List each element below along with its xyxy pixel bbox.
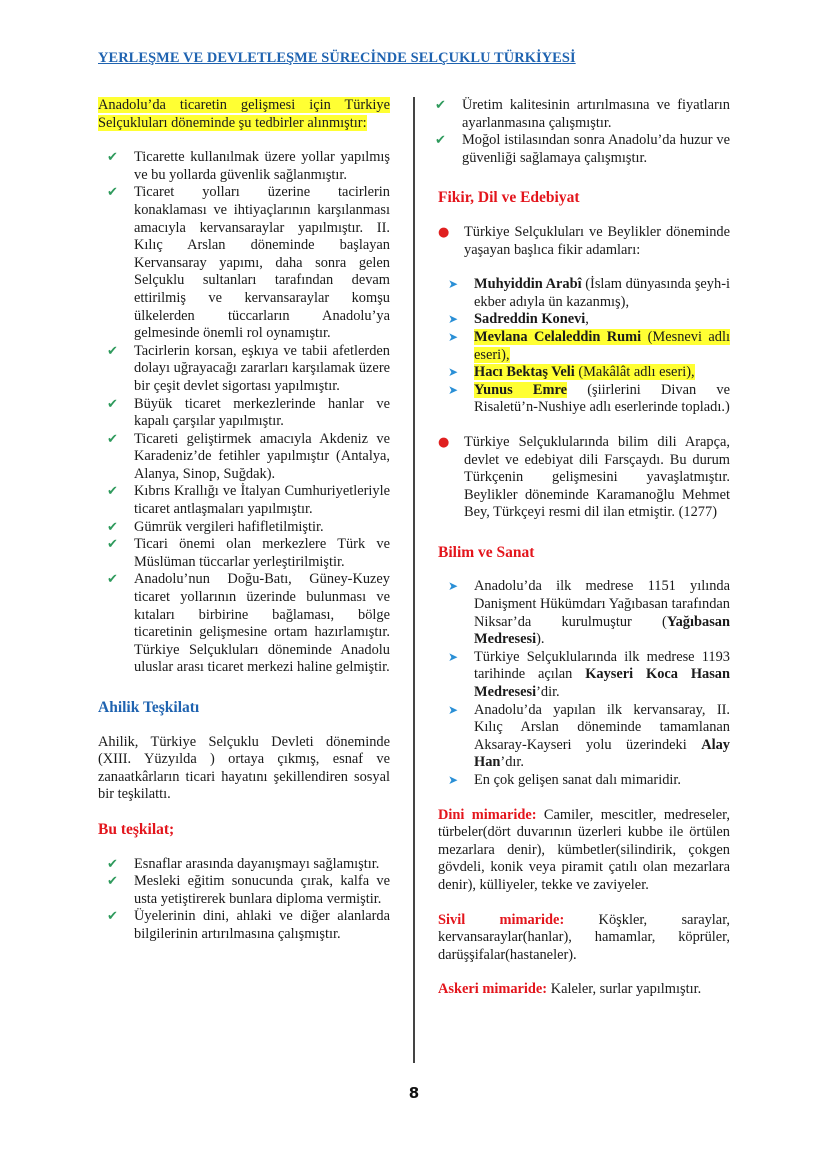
- list-item: ✔Üyelerinin dini, ahlaki ve diğer alanla…: [98, 908, 390, 943]
- list-item: ✔Ticareti geliştirmek amacıyla Akdeniz v…: [98, 431, 390, 484]
- check-icon: ✔: [107, 908, 118, 926]
- fikir-intro-list: ●Türkiye Selçukluları ve Beylikler dönem…: [438, 224, 730, 259]
- list-item: ➤Anadolu’da yapılan ilk kervansaray, II.…: [438, 702, 730, 772]
- check-icon: ✔: [435, 132, 446, 150]
- arrow-icon: ➤: [448, 329, 458, 347]
- thinker-name: Mevlana Celaleddin Rumi: [474, 329, 641, 345]
- askeri-mimari-paragraph: Askeri mimaride: Kaleler, surlar yapılmı…: [438, 981, 730, 999]
- trade-measures-list: ✔Ticarette kullanılmak üzere yollar yapı…: [98, 149, 390, 677]
- check-icon: ✔: [107, 184, 118, 202]
- trade-intro-highlight: Anadolu’da ticaretin gelişmesi için Türk…: [98, 97, 390, 131]
- list-item: ✔Gümrük vergileri hafifletilmiştir.: [98, 519, 390, 537]
- check-icon: ✔: [107, 856, 118, 874]
- list-item: ✔Büyük ticaret merkezlerinde hanlar ve k…: [98, 396, 390, 431]
- fikir-heading: Fikir, Dil ve Edebiyat: [438, 189, 730, 207]
- trade-measures-list-continued: ✔Üretim kalitesinin artırılmasına ve fiy…: [426, 97, 730, 167]
- thinkers-list: ➤Muhyiddin Arabî (İslam dünyasında şeyh-…: [438, 276, 730, 417]
- list-item: ✔Moğol istilasından sonra Anadolu’da huz…: [426, 132, 730, 167]
- trade-intro: Anadolu’da ticaretin gelişmesi için Türk…: [98, 97, 390, 132]
- list-item: ➤Muhyiddin Arabî (İslam dünyasında şeyh-…: [438, 276, 730, 311]
- thinker-name: Yunus Emre: [474, 382, 567, 398]
- thinker-name: Hacı Bektaş Veli: [474, 364, 575, 380]
- list-item: ✔Kıbrıs Krallığı ve İtalyan Cumhuriyetle…: [98, 483, 390, 518]
- bilim-heading: Bilim ve Sanat: [438, 544, 730, 562]
- check-icon: ✔: [107, 536, 118, 554]
- column-divider: [413, 97, 415, 1063]
- ahilik-paragraph: Ahilik, Türkiye Selçuklu Devleti dönemin…: [98, 734, 390, 804]
- check-icon: ✔: [107, 873, 118, 891]
- arrow-icon: ➤: [448, 276, 458, 294]
- check-icon: ✔: [107, 396, 118, 414]
- sivil-mimari-paragraph: Sivil mimaride: Köşkler, saraylar, kerva…: [438, 912, 730, 965]
- list-item: ✔Ticarette kullanılmak üzere yollar yapı…: [98, 149, 390, 184]
- dini-mimari-paragraph: Dini mimaride: Camiler, mescitler, medre…: [438, 807, 730, 895]
- list-item: ●Türkiye Selçuklularında bilim dili Arap…: [438, 434, 730, 522]
- sivil-label: Sivil mimaride:: [438, 912, 564, 928]
- list-item: ✔Esnaflar arasında dayanışmayı sağlamışt…: [98, 856, 390, 874]
- list-item: ✔Ticaret yolları üzerine tacirlerin kona…: [98, 184, 390, 342]
- askeri-label: Askeri mimaride:: [438, 981, 547, 997]
- teskilat-list: ✔Esnaflar arasında dayanışmayı sağlamışt…: [98, 856, 390, 944]
- arrow-icon: ➤: [448, 364, 458, 382]
- list-item: ●Türkiye Selçukluları ve Beylikler dönem…: [438, 224, 730, 259]
- arrow-icon: ➤: [448, 578, 458, 596]
- check-icon: ✔: [107, 519, 118, 537]
- list-item: ➤Anadolu’da ilk medrese 1151 yılında Dan…: [438, 578, 730, 648]
- list-item: ✔Anadolu’nun Doğu-Batı, Güney-Kuzey tica…: [98, 571, 390, 677]
- list-item: ➤En çok gelişen sanat dalı mimaridir.: [438, 772, 730, 790]
- dini-label: Dini mimaride:: [438, 807, 537, 823]
- list-item: ✔Üretim kalitesinin artırılmasına ve fiy…: [426, 97, 730, 132]
- check-icon: ✔: [107, 483, 118, 501]
- check-icon: ✔: [435, 97, 446, 115]
- check-icon: ✔: [107, 149, 118, 167]
- bullet-dot-icon: ●: [438, 224, 449, 242]
- arrow-icon: ➤: [448, 311, 458, 329]
- arrow-icon: ➤: [448, 382, 458, 400]
- language-list: ●Türkiye Selçuklularında bilim dili Arap…: [438, 434, 730, 522]
- check-icon: ✔: [107, 431, 118, 449]
- list-item: ➤Yunus Emre (şiirlerini Divan ve Risalet…: [438, 382, 730, 417]
- bullet-dot-icon: ●: [438, 434, 449, 452]
- list-item: ➤Türkiye Selçuklularında ilk medrese 119…: [438, 649, 730, 702]
- list-item: ✔Tacirlerin korsan, eşkıya ve tabii afet…: [98, 343, 390, 396]
- page-title: YERLEŞME VE DEVLETLEŞME SÜRECİNDE SELÇUK…: [98, 50, 576, 67]
- list-item: ✔Mesleki eğitim sonucunda çırak, kalfa v…: [98, 873, 390, 908]
- teskilat-heading: Bu teşkilat;: [98, 821, 390, 839]
- arrow-icon: ➤: [448, 702, 458, 720]
- list-item: ➤Sadreddin Konevi,: [438, 311, 730, 329]
- list-item: ➤Mevlana Celaleddin Rumi (Mesnevi adlı e…: [438, 329, 730, 364]
- bilim-list: ➤Anadolu’da ilk medrese 1151 yılında Dan…: [438, 578, 730, 789]
- ahilik-heading: Ahilik Teşkilatı: [98, 699, 390, 717]
- right-column: ✔Üretim kalitesinin artırılmasına ve fiy…: [438, 97, 730, 1016]
- left-column: Anadolu’da ticaretin gelişmesi için Türk…: [98, 97, 390, 944]
- list-item: ✔Ticari önemi olan merkezlere Türk ve Mü…: [98, 536, 390, 571]
- thinker-name: Sadreddin Konevi: [474, 311, 585, 327]
- check-icon: ✔: [107, 343, 118, 361]
- page-number: 8: [0, 1084, 828, 1102]
- thinker-name: Muhyiddin Arabî: [474, 276, 582, 292]
- list-item: ➤Hacı Bektaş Veli (Makâlât adlı eseri),: [438, 364, 730, 382]
- check-icon: ✔: [107, 571, 118, 589]
- arrow-icon: ➤: [448, 772, 458, 790]
- arrow-icon: ➤: [448, 649, 458, 667]
